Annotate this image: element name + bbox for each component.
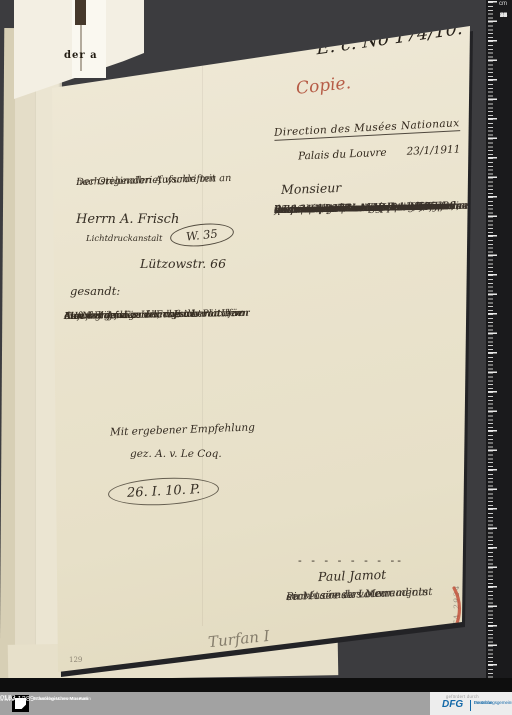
- scanned-document-view: der a E. c. No 174/10. Copie. Direction …: [0, 0, 512, 715]
- gesandt-label: gesandt:: [70, 284, 120, 298]
- salutation: Monsieur: [281, 180, 342, 197]
- place-date-line: Palais du Louvre23/1/1911: [298, 143, 461, 162]
- ruler: cm 1234567891011121314151617181920212223…: [486, 0, 512, 692]
- copy-stamp: Copie.: [295, 73, 352, 99]
- ruler-number: 35: [498, 12, 507, 32]
- note-line: Mai fertig ist.: [64, 307, 131, 326]
- note-line: nachstehenden Aufschriften an: [76, 170, 232, 192]
- german-closing: Mit ergebener Empfehlung: [110, 421, 255, 438]
- signature-name: Paul Jamot: [318, 567, 387, 584]
- scan-background-strip: [0, 678, 512, 692]
- dfg-org-name-line2: Forschungsgemeinschaft: [474, 700, 512, 705]
- ruler-unit-label: cm: [499, 1, 507, 7]
- letter-page: E. c. No 174/10. Copie. Direction des Mu…: [52, 26, 470, 674]
- date: 23/1/1911: [406, 143, 460, 157]
- dfg-logo-patch: gefördert durch DFG Deutsche Forschungsg…: [430, 692, 512, 715]
- pencil-page-number: 129: [69, 656, 82, 664]
- archive-footer-bar: Ethnologisches Museum Staatliche Museen …: [0, 692, 512, 715]
- registry-number-note: E. c. No 174/10.: [317, 18, 463, 60]
- binding-fragment: [75, 0, 86, 25]
- place: Palais du Louvre: [298, 147, 387, 163]
- ruler-major-ticks: [488, 1, 497, 686]
- pencil-small-number: 3583: [456, 624, 462, 652]
- binding-crease: [80, 25, 82, 71]
- letter-line: de cette planche: [274, 200, 360, 220]
- separator-dashes: - - - - - - - --: [298, 554, 404, 567]
- paper-crease: [202, 66, 203, 626]
- street-address: Lützowstr. 66: [140, 256, 226, 271]
- dfg-logo: DFG: [442, 699, 463, 710]
- recipient-name: Herrn A. Frisch: [76, 212, 179, 227]
- museum-name-line2: Staatliche Museen zu Berlin: [34, 696, 91, 703]
- dfg-logo-divider: [470, 700, 471, 711]
- french-letter-body: Dans la lettre que vousécriviez à M. Geo…: [274, 197, 478, 202]
- red-paraph-mark: [422, 584, 468, 656]
- printed-text-fragment: der a: [64, 50, 98, 61]
- date-oval: 26. I. 10. P.: [107, 475, 220, 508]
- signature-title-line: Piot. -: [286, 587, 318, 607]
- recipient-subline: Lichtdruckanstalt: [86, 234, 162, 244]
- german-signed: gez. A. v. Le Coq.: [130, 448, 222, 460]
- letterhead: Direction des Musées Nationaux: [274, 117, 460, 141]
- archive-image-number: 0133: [0, 694, 16, 703]
